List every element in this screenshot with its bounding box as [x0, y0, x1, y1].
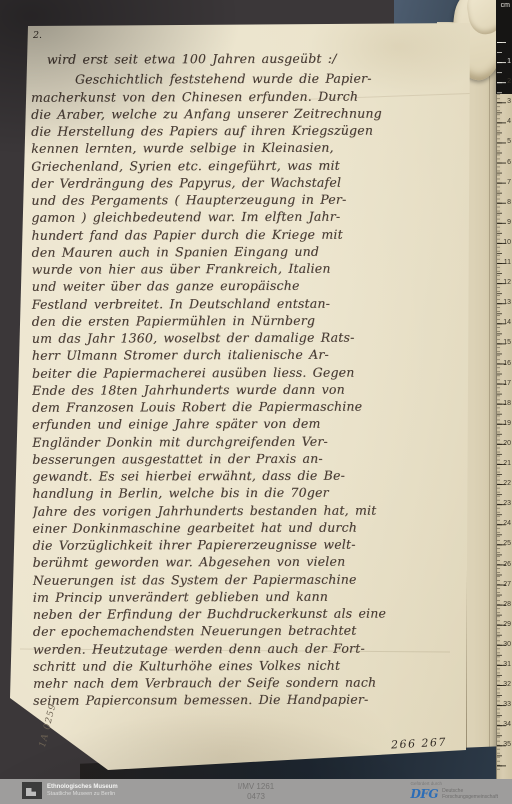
ruler-mark-label: 32 — [499, 680, 511, 689]
ruler-mark-label: 15 — [499, 338, 511, 347]
manuscript-line: einer Donkinmaschine gearbeitet hat und … — [32, 518, 462, 537]
manuscript-line: und weiter über das ganze europäische — [32, 277, 462, 296]
scan-viewport: 2. wird erst seit etwa 100 Jahren ausgeü… — [0, 0, 512, 804]
ruler-mark-label: 1 — [499, 57, 511, 66]
manuscript-line: der Verdrängung des Papyrus, der Wachsta… — [31, 173, 461, 192]
manuscript-line: den die ersten Papiermühlen in Nürnberg — [32, 311, 462, 330]
ruler-mark-label: 7 — [499, 178, 511, 187]
ruler-mark-label: 5 — [499, 137, 511, 146]
ruler-mark-label: 6 — [499, 158, 511, 167]
manuscript-line: dem Franzosen Louis Robert die Papiermas… — [32, 397, 462, 416]
ruler-mark-label: 17 — [499, 379, 511, 388]
ruler-mark-label: 14 — [499, 318, 511, 327]
manuscript-line: Engländer Donkin mit durchgreifenden Ver… — [32, 432, 462, 451]
ruler-mark-label: 11 — [499, 258, 511, 267]
ruler-mark-label: 16 — [499, 359, 511, 368]
page-edge-crease — [489, 22, 490, 772]
funding-block: Gefördert durch DFG Deutsche Forschungsg… — [410, 781, 498, 801]
manuscript-line: berühmt geworden war. Abgesehen von viel… — [33, 552, 463, 571]
funding-name: Deutsche Forschungsgemeinschaft — [442, 788, 498, 800]
manuscript-line: Geschichtlich feststehend wurde die Papi… — [31, 70, 461, 89]
manuscript-line: schritt und die Kulturhöhe eines Volkes … — [33, 656, 463, 675]
ruler-mark-label: 34 — [499, 720, 511, 729]
manuscript-line: im Princip unverändert geblieben und kan… — [33, 587, 463, 606]
ruler-mark-label: 18 — [499, 399, 511, 408]
ruler-mark-label: 9 — [499, 218, 511, 227]
manuscript-line: wurde von hier aus über Frankreich, Ital… — [32, 259, 462, 278]
footer-bar: Ethnologisches Museum Staatliche Museen … — [0, 779, 512, 804]
manuscript-text: wird erst seit etwa 100 Jahren ausgeübt … — [31, 49, 463, 709]
ruler-mark-label: 33 — [499, 700, 511, 709]
ruler-mark-label: 29 — [499, 620, 511, 629]
ruler-mark-label: 28 — [499, 600, 511, 609]
page-number: 2. — [33, 30, 42, 41]
manuscript-line: Griechenland, Syrien etc. eingeführt, wa… — [31, 156, 461, 175]
funding-label: Gefördert durch — [410, 781, 498, 786]
manuscript-line: neben der Erfindung der Buchdruckerkunst… — [33, 604, 463, 623]
manuscript-line: hundert fand das Papier durch die Kriege… — [31, 225, 461, 244]
ruler-mark-label: 8 — [499, 198, 511, 207]
manuscript-line: mehr nach dem Verbrauch der Seife sonder… — [33, 673, 463, 692]
funding-name-line2: Forschungsgemeinschaft — [442, 794, 498, 800]
ruler-mark-label: 12 — [499, 278, 511, 287]
manuscript-line: der epochemachendsten Neuerungen betrach… — [33, 621, 463, 640]
manuscript-line: den Mauren auch in Spanien Eingang und — [32, 242, 462, 261]
ruler-mark-label: 25 — [499, 539, 511, 548]
manuscript-line: Festland verbreitet. In Deutschland ents… — [32, 294, 462, 313]
manuscript-line: und des Pergaments ( Haupterzeugung in P… — [31, 190, 461, 209]
manuscript-line: Ende des 18ten Jahrhunderts wurde dann v… — [32, 380, 462, 399]
dfg-logo: DFG — [410, 787, 438, 801]
manuscript-line: macherkunst von den Chinesen erfunden. D… — [31, 87, 461, 106]
manuscript-line: Jahre des vorigen Jahrhunderts bestanden… — [32, 501, 462, 520]
manuscript-line: Neuerungen ist das System der Papiermasc… — [33, 570, 463, 589]
ruler-mark-label: 22 — [499, 479, 511, 488]
manuscript-page: 2. wird erst seit etwa 100 Jahren ausgeü… — [0, 0, 497, 779]
measurement-ruler: cm 1234567891011121314151617181920212223… — [496, 0, 512, 779]
manuscript-line: besserungen ausgestattet in der Praxis a… — [32, 449, 462, 468]
manuscript-line: seinem Papierconsum bemessen. Die Handpa… — [33, 690, 463, 709]
manuscript-line: um das Jahr 1360, woselbst der damalige … — [32, 328, 462, 347]
folio-numbers: 266 267 — [391, 736, 448, 752]
manuscript-line: erfunden und einige Jahre später von dem — [32, 414, 462, 433]
manuscript-line: gewandt. Es sei hierbei erwähnt, dass di… — [32, 466, 462, 485]
ruler-mark-label: 10 — [499, 238, 511, 247]
ruler-mark-label: 27 — [499, 580, 511, 589]
ruler-mark-label: 13 — [499, 298, 511, 307]
ruler-mark-label: 26 — [499, 560, 511, 569]
manuscript-line: kennen lernten, wurde selbige in Kleinas… — [31, 139, 461, 158]
manuscript-line: werden. Heutzutage werden denn auch der … — [33, 639, 463, 658]
ruler-mark-label: 21 — [499, 459, 511, 468]
manuscript-line: die Vorzüglichkeit ihrer Papiererzeugnis… — [33, 535, 463, 554]
manuscript-line: wird erst seit etwa 100 Jahren ausgeübt … — [31, 49, 461, 68]
manuscript-line: herr Ulmann Stromer durch italienische A… — [32, 345, 462, 364]
ruler-mark-label: 3 — [499, 97, 511, 106]
ruler-numbers: 1234567891011121314151617181920212223242… — [497, 0, 512, 779]
ruler-mark-label: 19 — [499, 419, 511, 428]
ruler-mark-label: 35 — [499, 740, 511, 749]
manuscript-line: die Araber, welche zu Anfang unserer Zei… — [31, 104, 461, 123]
manuscript-line: beiter die Papiermacherei ausüben liess.… — [32, 363, 462, 382]
ruler-mark-label: 31 — [499, 660, 511, 669]
ruler-mark-label: 24 — [499, 519, 511, 528]
ruler-mark-label: 20 — [499, 439, 511, 448]
ruler-mark-label: 2 — [499, 77, 511, 86]
manuscript-line: die Herstellung des Papiers auf ihren Kr… — [31, 121, 461, 140]
manuscript-line: gamon ) gleichbedeutend war. Im elften J… — [31, 208, 461, 227]
ruler-mark-label: 30 — [499, 640, 511, 649]
ruler-mark-label: 4 — [499, 117, 511, 126]
manuscript-line: handlung in Berlin, welche bis in die 70… — [32, 483, 462, 502]
ruler-mark-label: 23 — [499, 499, 511, 508]
